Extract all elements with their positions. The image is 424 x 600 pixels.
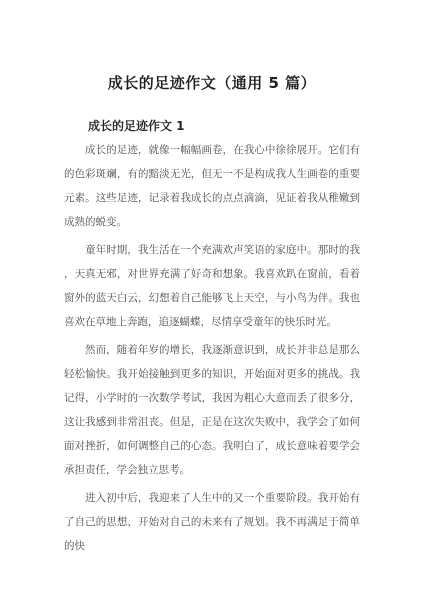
essay-title: 成长的足迹作文（通用 5 篇）	[64, 0, 360, 94]
essay-paragraph: 童年时期，我生活在一个充满欢声笑语的家庭中。那时的我，天真无邪，对世界充满了好奇…	[64, 238, 360, 334]
essay-paragraph: 成长的足迹，就像一幅幅画卷，在我心中徐徐展开。它们有的色彩斑斓，有的黯淡无光，但…	[64, 138, 360, 234]
section-heading: 成长的足迹作文 1	[64, 119, 360, 134]
essay-paragraph: 然而，随着年岁的增长，我逐渐意识到，成长并非总是那么轻松愉快。我开始接触到更多的…	[64, 338, 360, 482]
essay-section: 成长的足迹作文 1 成长的足迹，就像一幅幅画卷，在我心中徐徐展开。它们有的色彩斑…	[64, 119, 360, 558]
document-page: 成长的足迹作文（通用 5 篇） 成长的足迹作文 1 成长的足迹，就像一幅幅画卷，…	[0, 0, 424, 600]
essay-paragraph: 进入初中后，我迎来了人生中的又一个重要阶段。我开始有了自己的思想，开始对自己的未…	[64, 486, 360, 558]
